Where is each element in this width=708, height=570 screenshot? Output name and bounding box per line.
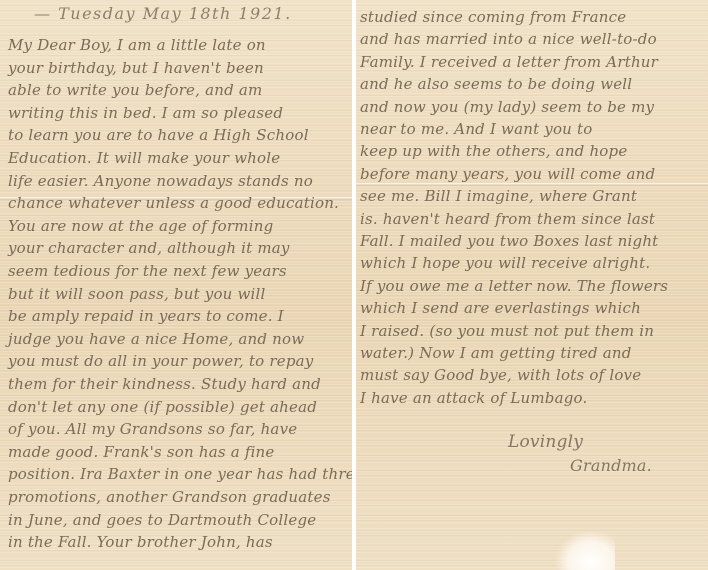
letter-line: of you. All my Grandsons so far, have <box>8 422 297 437</box>
letter-signature: Grandma. <box>570 458 652 474</box>
letter-line: Family. I received a letter from Arthur <box>360 55 658 70</box>
letter-line: Fall. I mailed you two Boxes last night <box>360 234 658 249</box>
letter-line: keep up with the others, and hope <box>360 144 627 159</box>
letter-line: before many years, you will come and <box>360 167 655 182</box>
letter-line: life easier. Anyone nowadays stands no <box>8 174 313 189</box>
letter-line: them for their kindness. Study hard and <box>8 377 321 392</box>
letter-line: seem tedious for the next few years <box>8 264 287 279</box>
letter-line: near to me. And I want you to <box>360 122 592 137</box>
letter-line: is. haven't heard from them since last <box>360 212 655 227</box>
letter-line: If you owe me a letter now. The flowers <box>360 279 668 294</box>
letter-line: in the Fall. Your brother John, has <box>8 535 273 550</box>
letter-line: I raised. (so you must not put them in <box>360 324 654 339</box>
letter-line: water.) Now I am getting tired and <box>360 346 632 361</box>
letter-line: and he also seems to be doing well <box>360 77 632 92</box>
letter-line: promotions, another Grandson graduates <box>8 490 331 505</box>
letter-line: and now you (my lady) seem to be my <box>360 100 654 115</box>
paper-tear <box>555 530 615 570</box>
letter-line: position. Ira Baxter in one year has had… <box>8 467 352 482</box>
letter-date: — Tuesday May 18th 1921. <box>34 6 292 22</box>
letter-line: which I send are everlastings which <box>360 301 641 316</box>
letter-line: don't let any one (if possible) get ahea… <box>8 400 317 415</box>
letter-page-left: — Tuesday May 18th 1921. My Dear Boy, I … <box>0 0 352 570</box>
paper-fold-crease <box>356 183 708 186</box>
letter-line: which I hope you will receive alright. <box>360 256 650 271</box>
letter-line: must say Good bye, with lots of love <box>360 368 641 383</box>
letter-scan: — Tuesday May 18th 1921. My Dear Boy, I … <box>0 0 708 570</box>
letter-line: and has married into a nice well-to-do <box>360 32 657 47</box>
letter-line: My Dear Boy, I am a little late on <box>8 38 266 53</box>
letter-line: but it will soon pass, but you will <box>8 287 266 302</box>
letter-line: writing this in bed. I am so pleased <box>8 106 283 121</box>
letter-line: in June, and goes to Dartmouth College <box>8 513 316 528</box>
letter-page-right: studied since coming from Franceand has … <box>356 0 708 570</box>
letter-line: Education. It will make your whole <box>8 151 280 166</box>
letter-line: chance whatever unless a good education. <box>8 196 339 211</box>
letter-line: your birthday, but I haven't been <box>8 61 264 76</box>
letter-line: see me. Bill I imagine, where Grant <box>360 189 637 204</box>
letter-line: studied since coming from France <box>360 10 626 25</box>
letter-line: made good. Frank's son has a fine <box>8 445 275 460</box>
letter-line: You are now at the age of forming <box>8 219 273 234</box>
letter-line: you must do all in your power, to repay <box>8 354 313 369</box>
letter-line: I have an attack of Lumbago. <box>360 391 587 406</box>
letter-line: judge you have a nice Home, and now <box>8 332 304 347</box>
letter-closing: Lovingly <box>508 434 583 451</box>
letter-line: be amply repaid in years to come. I <box>8 309 284 324</box>
letter-line: your character and, although it may <box>8 241 290 256</box>
letter-line: to learn you are to have a High School <box>8 128 309 143</box>
letter-line: able to write you before, and am <box>8 83 262 98</box>
